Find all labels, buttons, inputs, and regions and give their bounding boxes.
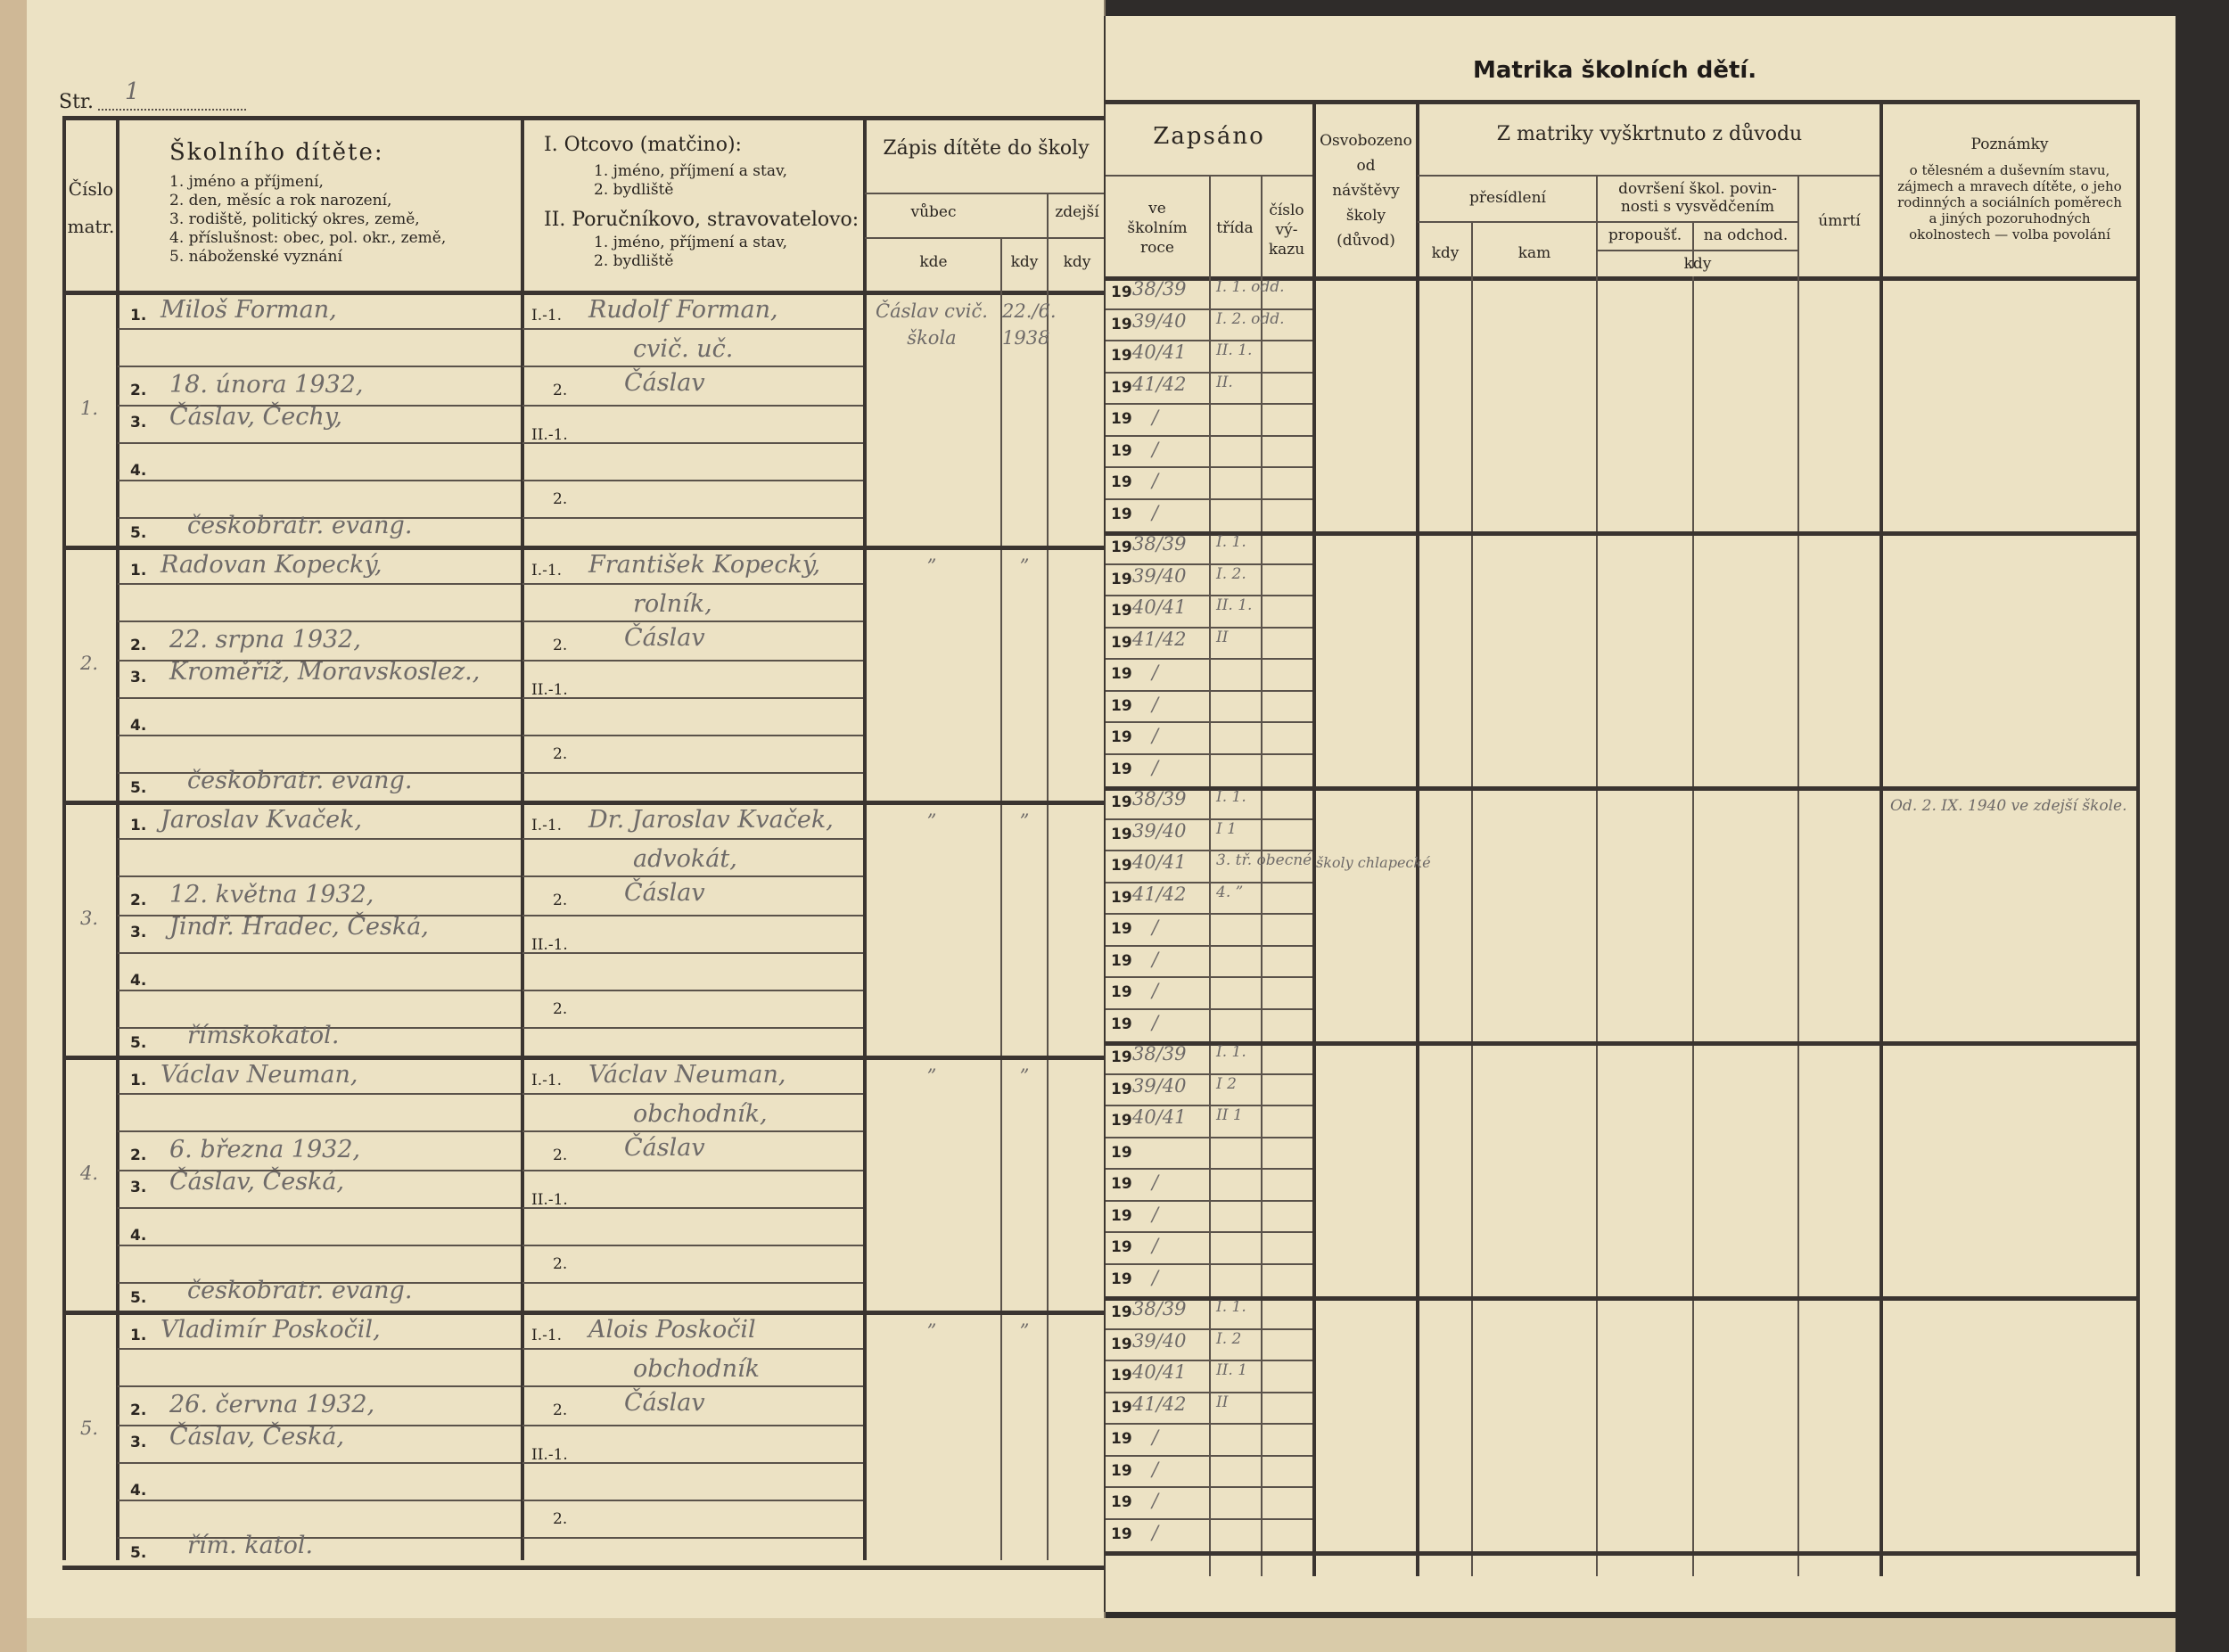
header-exempt-4: školy <box>1316 207 1416 226</box>
line-label-5: 5. <box>130 524 146 542</box>
book-edge-left <box>0 0 27 1652</box>
year-slash: / <box>1152 1267 1158 1288</box>
parent-residence-label: 2. <box>553 637 567 654</box>
school-year: 39/40 <box>1132 820 1187 842</box>
child-religion: českobratr. evang. <box>187 1277 412 1304</box>
child-birth-date: 22. srpna 1932, <box>169 626 361 653</box>
parent-occupation: advokát, <box>633 845 737 873</box>
year-prefix: 19 <box>1111 602 1132 620</box>
header-notes-1: o tělesném a duševním stavu, <box>1883 162 2136 178</box>
class-grade: I. 1. <box>1216 533 1246 551</box>
header-parent-title: I. Otcovo (matčino): <box>544 134 742 156</box>
header-child-item-1: 1. jméno a příjmení, <box>169 173 324 192</box>
parent-residence: Čáslav <box>624 369 705 397</box>
guardian-residence-label: 2. <box>553 745 567 763</box>
line-label-2: 2. <box>130 382 146 399</box>
line-label-4: 4. <box>130 717 146 735</box>
school-year: 41/42 <box>1132 1393 1187 1415</box>
guardian-residence-label: 2. <box>553 1510 567 1528</box>
class-grade: I. 1. <box>1216 1043 1246 1061</box>
header-enroll-kdy-here: kdy <box>1049 253 1106 272</box>
child-name: Miloš Forman, <box>160 296 337 324</box>
year-prefix: 19 <box>1111 1336 1132 1353</box>
class-grade: I. 1. <box>1216 788 1246 806</box>
year-prefix: 19 <box>1111 952 1132 970</box>
year-prefix: 19 <box>1111 857 1132 875</box>
year-slash: / <box>1152 916 1158 938</box>
line-label-1: 1. <box>130 1072 146 1089</box>
page-number: 1 <box>125 78 140 105</box>
scan-background <box>2176 0 2229 1652</box>
line-label-4: 4. <box>130 972 146 990</box>
year-prefix: 19 <box>1111 379 1132 397</box>
enroll-when: ” <box>1002 1318 1047 1344</box>
class-grade: II. 1 <box>1216 1361 1247 1379</box>
year-slash: / <box>1152 980 1158 1001</box>
year-slash: / <box>1152 1235 1158 1256</box>
guardian-label: II.-1. <box>531 936 568 954</box>
class-grade: I 1 <box>1216 820 1237 838</box>
parent-residence: Čáslav <box>624 624 705 652</box>
header-completion-1: dovršení škol. povin- <box>1598 180 1797 199</box>
parent-residence-label: 2. <box>553 892 567 909</box>
child-birth-date: 18. února 1932, <box>169 371 363 399</box>
header-guardian-title: II. Poručníkovo, stravovatelovo: <box>544 209 859 231</box>
header-enroll-vubec: vůbec <box>867 203 1000 222</box>
parent-residence: Čáslav <box>624 1389 705 1417</box>
left-page: Str. 1 Číslo matr. Školního dítěte: 1. j… <box>27 0 1106 1618</box>
header-relocation-where: kam <box>1473 244 1596 263</box>
year-slash: / <box>1152 757 1158 778</box>
school-year: 40/41 <box>1132 1106 1187 1128</box>
parent-name: Alois Poskočil <box>588 1316 756 1344</box>
year-prefix: 19 <box>1111 728 1132 746</box>
class-grade: I. 2. odd. <box>1216 310 1285 328</box>
parent-residence-label: 2. <box>553 382 567 399</box>
year-prefix: 19 <box>1111 826 1132 843</box>
year-prefix: 19 <box>1111 1144 1132 1162</box>
header-report-no-1: číslo <box>1261 201 1312 220</box>
parent-residence: Čáslav <box>624 879 705 907</box>
enroll-where: ” <box>874 1318 990 1344</box>
year-prefix: 19 <box>1111 920 1132 938</box>
class-grade: II <box>1216 629 1228 646</box>
year-prefix: 19 <box>1111 410 1132 428</box>
record-number: 4. <box>80 1163 98 1184</box>
guardian-residence-label: 2. <box>553 490 567 508</box>
record-number: 2. <box>80 653 98 674</box>
school-year: 40/41 <box>1132 596 1187 618</box>
line-label-5: 5. <box>130 1034 146 1052</box>
year-slash: / <box>1152 1490 1158 1511</box>
enroll-when: ” <box>1002 808 1047 834</box>
class-grade: I. 1. <box>1216 1298 1246 1316</box>
parent-residence-label: 2. <box>553 1147 567 1164</box>
header-child-title: Školního dítěte: <box>169 139 384 166</box>
child-name: Vladimír Poskočil, <box>160 1316 381 1344</box>
remark: Od. 2. IX. 1940 ve zdejší škole. <box>1890 797 2131 815</box>
year-prefix: 19 <box>1111 1399 1132 1417</box>
line-label-3: 3. <box>130 924 146 941</box>
year-prefix: 19 <box>1111 1303 1132 1321</box>
school-year: 40/41 <box>1132 1361 1187 1383</box>
line-label-2: 2. <box>130 1401 146 1419</box>
parent-name: Václav Neuman, <box>588 1061 785 1089</box>
header-death: úmrtí <box>1799 212 1879 231</box>
header-exempt-1: Osvobozeno <box>1316 132 1416 151</box>
year-slash: / <box>1152 662 1158 683</box>
child-religion: českobratr. evang. <box>187 767 412 794</box>
guardian-residence-label: 2. <box>553 1000 567 1018</box>
header-enroll-kde: kde <box>867 253 1000 272</box>
year-slash: / <box>1152 1012 1158 1033</box>
parent-name: František Kopecký, <box>588 551 820 579</box>
child-name: Radovan Kopecký, <box>160 551 382 579</box>
guardian-residence-label: 2. <box>553 1255 567 1273</box>
year-prefix: 19 <box>1111 1238 1132 1256</box>
header-guardian-item-1: 1. jméno, příjmení a stav, <box>594 234 787 252</box>
exempt-reason: školy chlapecké <box>1316 854 1441 871</box>
year-slash: / <box>1152 1459 1158 1480</box>
class-grade: I. 2. <box>1216 565 1246 583</box>
school-year: 38/39 <box>1132 533 1187 555</box>
year-prefix: 19 <box>1111 1112 1132 1130</box>
line-label-1: 1. <box>130 1327 146 1344</box>
year-prefix: 19 <box>1111 697 1132 715</box>
parent-residence-label: 2. <box>553 1401 567 1419</box>
year-slash: / <box>1152 502 1158 523</box>
class-grade: 3. tř. obecné <box>1216 851 1312 869</box>
line-label-3: 3. <box>130 1434 146 1451</box>
enroll-when: 22./6. 1938 <box>1002 298 1047 351</box>
year-slash: / <box>1152 694 1158 715</box>
header-exempt-3: návštěvy <box>1316 182 1416 201</box>
line-label-5: 5. <box>130 1544 146 1562</box>
year-prefix: 19 <box>1111 571 1132 588</box>
school-year: 40/41 <box>1132 851 1187 873</box>
year-slash: / <box>1152 1204 1158 1225</box>
header-zapsano: Zapsáno <box>1106 123 1312 150</box>
year-prefix: 19 <box>1111 347 1132 365</box>
page-number-line <box>98 109 246 111</box>
header-report-no-3: kazu <box>1261 241 1312 259</box>
parent-name: Dr. Jaroslav Kvaček, <box>588 806 834 834</box>
header-release: propoušť. <box>1598 226 1692 245</box>
header-school-year-2: školním <box>1106 219 1209 238</box>
year-prefix: 19 <box>1111 284 1132 301</box>
header-enroll-zdejsi: zdejší <box>1049 203 1106 222</box>
year-prefix: 19 <box>1111 665 1132 683</box>
header-notes-2: zájmech a mravech dítěte, o jeho <box>1883 178 2136 194</box>
year-prefix: 19 <box>1111 1207 1132 1225</box>
parent-name: Rudolf Forman, <box>588 296 778 324</box>
header-report-no-2: vý- <box>1261 221 1312 240</box>
year-prefix: 19 <box>1111 983 1132 1001</box>
class-grade: I. 2 <box>1216 1330 1241 1348</box>
header-parent-item-2: 2. bydliště <box>594 181 673 200</box>
year-prefix: 19 <box>1111 1175 1132 1193</box>
year-prefix: 19 <box>1111 1367 1132 1385</box>
year-prefix: 19 <box>1111 316 1132 333</box>
header-guardian-item-2: 2. bydliště <box>594 252 673 271</box>
child-birthplace: Čáslav, Česká, <box>169 1168 344 1196</box>
school-year: 41/42 <box>1132 629 1187 650</box>
year-prefix: 19 <box>1111 634 1132 652</box>
guardian-label: II.-1. <box>531 1191 568 1209</box>
header-notes-title: Poznámky <box>1883 136 2136 154</box>
header-notes-5: okolnostech — volba povolání <box>1883 226 2136 242</box>
header-struck-off: Z matriky vyškrtnuto z důvodu <box>1419 123 1879 145</box>
guardian-label: II.-1. <box>531 1446 568 1464</box>
school-year: 39/40 <box>1132 1330 1187 1352</box>
year-prefix: 19 <box>1111 505 1132 523</box>
child-birthplace: Čáslav, Čechy, <box>169 403 342 431</box>
parent-label: I.-1. <box>531 562 562 579</box>
child-name: Václav Neuman, <box>160 1061 358 1089</box>
record-number: 5. <box>80 1418 98 1439</box>
header-child-item-5: 5. náboženské vyznání <box>169 248 342 267</box>
school-year: 38/39 <box>1132 1298 1187 1319</box>
class-grade: II. <box>1216 374 1233 391</box>
year-slash: / <box>1152 1426 1158 1448</box>
year-prefix: 19 <box>1111 793 1132 811</box>
parent-occupation: cvič. uč. <box>633 335 733 363</box>
header-enroll-title: Zápis dítěte do školy <box>867 137 1106 160</box>
parent-occupation: obchodník <box>633 1355 760 1383</box>
year-prefix: 19 <box>1111 1048 1132 1066</box>
line-label-3: 3. <box>130 414 146 431</box>
header-completion-when: kdy <box>1598 255 1797 274</box>
school-year: 38/39 <box>1132 278 1187 300</box>
header-cislo-1: Číslo <box>66 178 116 200</box>
class-grade: II. 1. <box>1216 341 1252 359</box>
class-grade: I. 1. odd. <box>1216 278 1285 296</box>
year-slash: / <box>1152 439 1158 460</box>
parent-label: I.-1. <box>531 307 562 325</box>
record-number: 3. <box>80 908 98 929</box>
child-birthplace: Kroměříž, Moravskoslez., <box>169 658 480 686</box>
parent-label: I.-1. <box>531 1327 562 1344</box>
header-child-item-3: 3. rodiště, politický okres, země, <box>169 210 420 229</box>
line-label-2: 2. <box>130 1147 146 1164</box>
child-birthplace: Čáslav, Česká, <box>169 1423 344 1451</box>
header-completion-2: nosti s vysvědčením <box>1598 198 1797 217</box>
child-religion: římskokatol. <box>187 1022 339 1049</box>
enroll-when: ” <box>1002 1063 1047 1089</box>
year-slash: / <box>1152 1171 1158 1193</box>
enroll-where: Čáslav cvič. škola <box>874 298 990 351</box>
line-label-1: 1. <box>130 562 146 579</box>
school-year: 39/40 <box>1132 565 1187 587</box>
header-exempt-5: (důvod) <box>1316 232 1416 251</box>
year-slash: / <box>1152 470 1158 491</box>
year-prefix: 19 <box>1111 1270 1132 1288</box>
line-label-5: 5. <box>130 779 146 797</box>
line-label-3: 3. <box>130 669 146 686</box>
enroll-where: ” <box>874 553 990 579</box>
class-grade: I 2 <box>1216 1075 1237 1093</box>
line-label-3: 3. <box>130 1179 146 1196</box>
parent-residence: Čáslav <box>624 1134 705 1162</box>
school-year: 41/42 <box>1132 884 1187 905</box>
child-name: Jaroslav Kvaček, <box>160 806 362 834</box>
year-prefix: 19 <box>1111 538 1132 556</box>
class-grade: II. 1. <box>1216 596 1252 614</box>
year-prefix: 19 <box>1111 1081 1132 1098</box>
child-religion: řím. katol. <box>187 1532 313 1559</box>
child-birth-date: 6. března 1932, <box>169 1136 360 1163</box>
enroll-where: ” <box>874 808 990 834</box>
header-notes-4: a jiných pozoruhodných <box>1883 210 2136 226</box>
line-label-4: 4. <box>130 462 146 480</box>
enroll-when: ” <box>1002 553 1047 579</box>
header-child-item-4: 4. příslušnost: obec, pol. okr., země, <box>169 229 446 248</box>
line-label-5: 5. <box>130 1289 146 1307</box>
header-school-year-1: ve <box>1106 200 1209 218</box>
header-child-item-2: 2. den, měsíc a rok narození, <box>169 192 391 210</box>
year-prefix: 19 <box>1111 1462 1132 1480</box>
line-label-1: 1. <box>130 817 146 834</box>
parent-occupation: rolník, <box>633 590 712 618</box>
register-title: Matrika školních dětí. <box>1473 57 1756 84</box>
year-slash: / <box>1152 949 1158 970</box>
year-slash: / <box>1152 725 1158 746</box>
parent-occupation: obchodník, <box>633 1100 768 1128</box>
page-label: Str. <box>59 91 94 113</box>
year-prefix: 19 <box>1111 760 1132 778</box>
guardian-label: II.-1. <box>531 681 568 699</box>
header-notes-3: rodinných a sociálních poměrech <box>1883 194 2136 210</box>
line-label-1: 1. <box>130 307 146 325</box>
year-prefix: 19 <box>1111 1525 1132 1543</box>
header-enroll-kdy: kdy <box>1002 253 1047 272</box>
enroll-where: ” <box>874 1063 990 1089</box>
class-grade: II <box>1216 1393 1228 1411</box>
header-departure: na odchod. <box>1694 226 1797 245</box>
year-prefix: 19 <box>1111 473 1132 491</box>
school-year: 40/41 <box>1132 341 1187 363</box>
line-label-4: 4. <box>130 1227 146 1245</box>
child-birth-date: 26. června 1932, <box>169 1391 374 1418</box>
line-label-2: 2. <box>130 637 146 654</box>
year-prefix: 19 <box>1111 442 1132 460</box>
book-edge-bottom <box>27 1618 2176 1652</box>
parent-label: I.-1. <box>531 1072 562 1089</box>
line-label-4: 4. <box>130 1482 146 1500</box>
child-religion: českobratr. evang. <box>187 512 412 539</box>
header-exempt-2: od <box>1316 157 1416 176</box>
class-grade: II 1 <box>1216 1106 1243 1124</box>
header-relocation: přesídlení <box>1419 189 1596 208</box>
header-relocation-when: kdy <box>1419 244 1471 263</box>
parent-label: I.-1. <box>531 817 562 834</box>
guardian-label: II.-1. <box>531 426 568 444</box>
class-grade: 4. ” <box>1216 884 1243 901</box>
year-slash: / <box>1152 1522 1158 1543</box>
record-number: 1. <box>80 398 98 419</box>
school-year: 38/39 <box>1132 1043 1187 1064</box>
header-school-year-3: roce <box>1106 239 1209 258</box>
year-prefix: 19 <box>1111 889 1132 907</box>
child-birthplace: Jindř. Hradec, Česká, <box>169 913 429 941</box>
line-label-2: 2. <box>130 892 146 909</box>
header-cislo-2: matr. <box>66 216 116 237</box>
school-year: 38/39 <box>1132 788 1187 810</box>
year-prefix: 19 <box>1111 1493 1132 1511</box>
year-slash: / <box>1152 407 1158 428</box>
school-year: 39/40 <box>1132 310 1187 332</box>
school-year: 39/40 <box>1132 1075 1187 1097</box>
year-prefix: 19 <box>1111 1430 1132 1448</box>
right-page: Matrika školních dětí. Zapsáno ve školní… <box>1104 16 2176 1612</box>
header-parent-item-1: 1. jméno, příjmení a stav, <box>594 162 787 181</box>
header-class: třída <box>1209 219 1261 238</box>
school-year: 41/42 <box>1132 374 1187 395</box>
year-prefix: 19 <box>1111 1015 1132 1033</box>
child-birth-date: 12. května 1932, <box>169 881 374 908</box>
